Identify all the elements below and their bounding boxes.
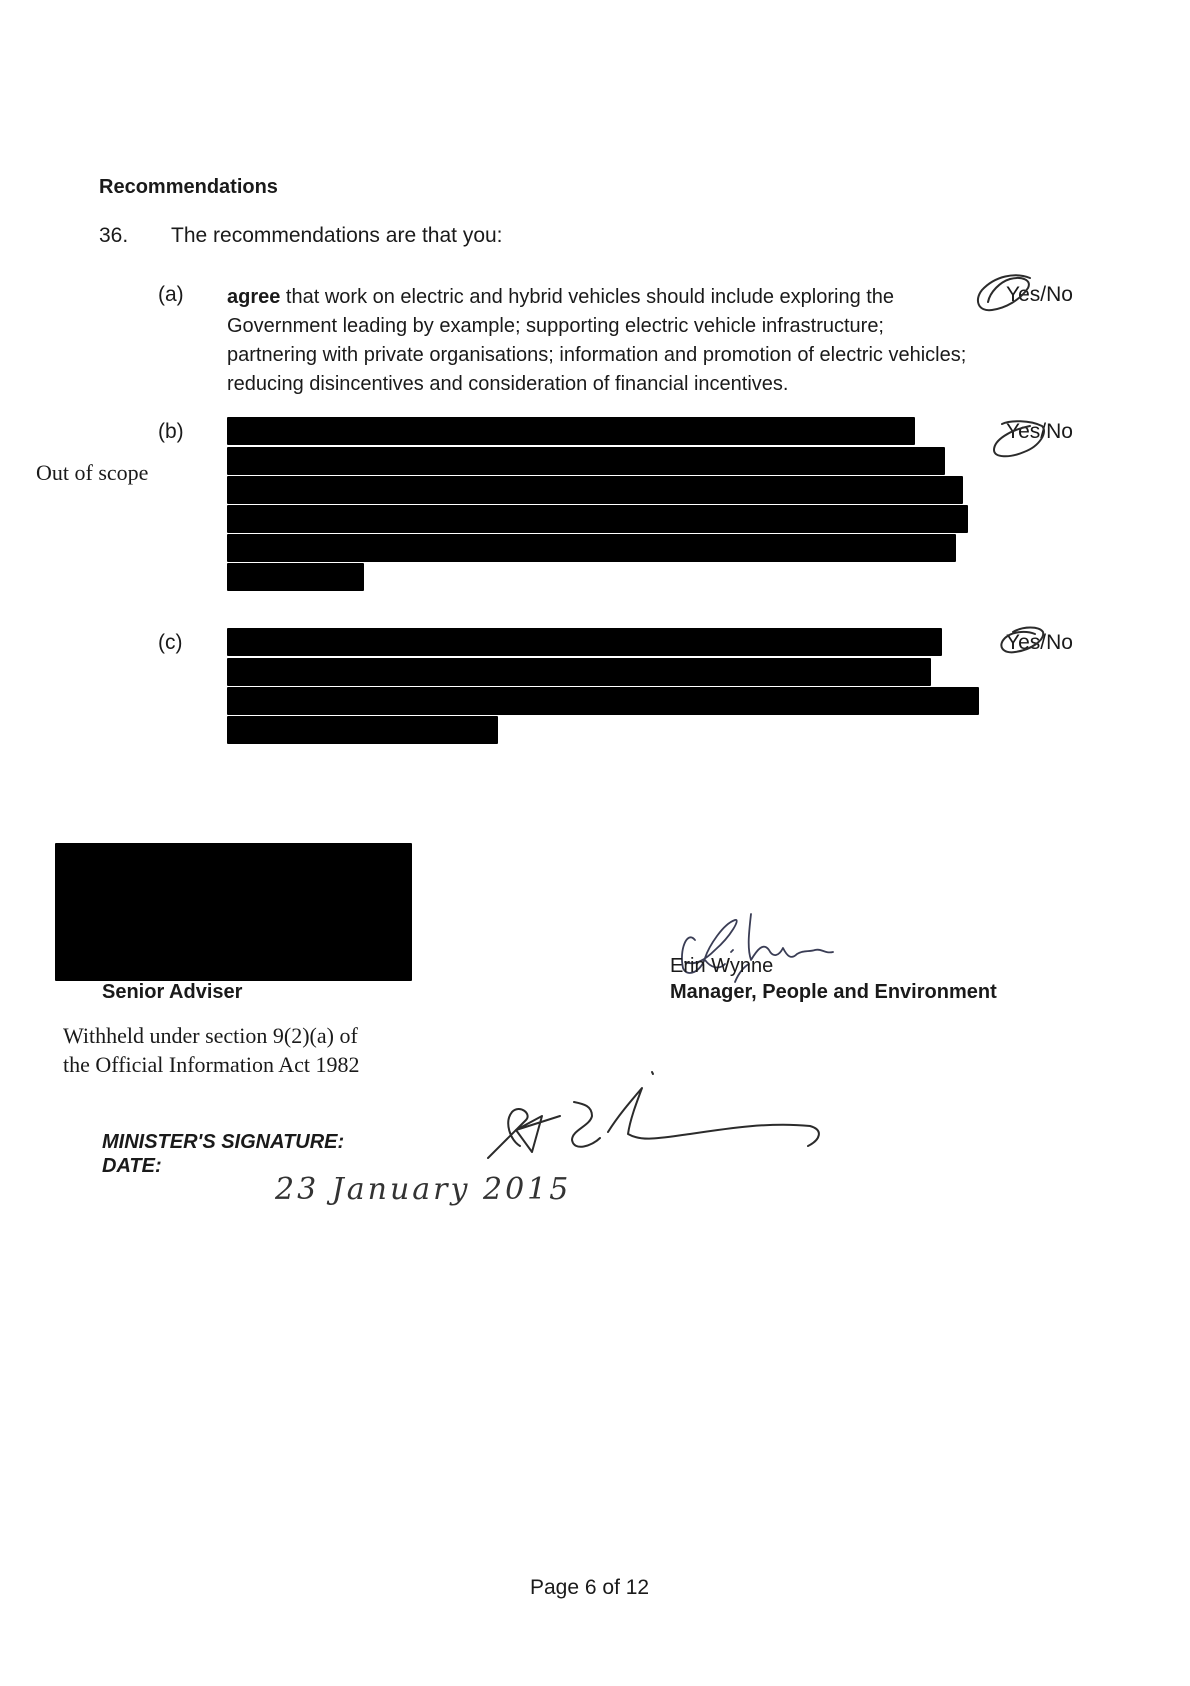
yes-circle-mark-c [995, 624, 1055, 664]
paragraph-lead: The recommendations are that you: [171, 224, 503, 248]
redaction-bar [227, 658, 931, 686]
signatory-name-redaction [55, 843, 412, 981]
redaction-bar [227, 716, 498, 744]
recommendation-a-bold-lead: agree [227, 286, 280, 308]
yes-circle-mark-b [990, 418, 1060, 468]
out-of-scope-note: Out of scope [36, 460, 148, 486]
withheld-note-line1: Withheld under section 9(2)(a) of [63, 1021, 358, 1050]
minister-date-label: DATE: [102, 1155, 162, 1178]
left-signatory-title: Senior Adviser [102, 981, 242, 1004]
yes-circle-mark-a [970, 270, 1050, 320]
withheld-note-line2: the Official Information Act 1982 [63, 1050, 360, 1079]
right-signatory-title: Manager, People and Environment [670, 981, 997, 1004]
redaction-bar [227, 534, 956, 562]
recommendation-a-body: that work on electric and hybrid vehicle… [227, 286, 966, 395]
redaction-bar [227, 417, 915, 445]
recommendation-a-text: agree that work on electric and hybrid v… [227, 283, 967, 399]
section-heading: Recommendations [99, 176, 278, 199]
redaction-bar [227, 687, 979, 715]
minister-handwritten-date: 23 January 2015 [275, 1172, 571, 1207]
recommendation-b-label: (b) [158, 420, 184, 444]
redaction-bar [227, 505, 968, 533]
paragraph-number: 36. [99, 224, 128, 248]
redaction-bar [227, 563, 364, 591]
right-signatory-name: Erin Wynne [670, 955, 773, 978]
redaction-bar [227, 447, 945, 475]
minister-signature-label: MINISTER'S SIGNATURE: [102, 1131, 344, 1154]
redaction-bar [227, 476, 963, 504]
recommendation-a-label: (a) [158, 283, 184, 307]
page-number: Page 6 of 12 [530, 1576, 649, 1600]
redaction-bar [227, 628, 942, 656]
recommendation-c-label: (c) [158, 631, 183, 655]
minister-signature [460, 1060, 840, 1170]
